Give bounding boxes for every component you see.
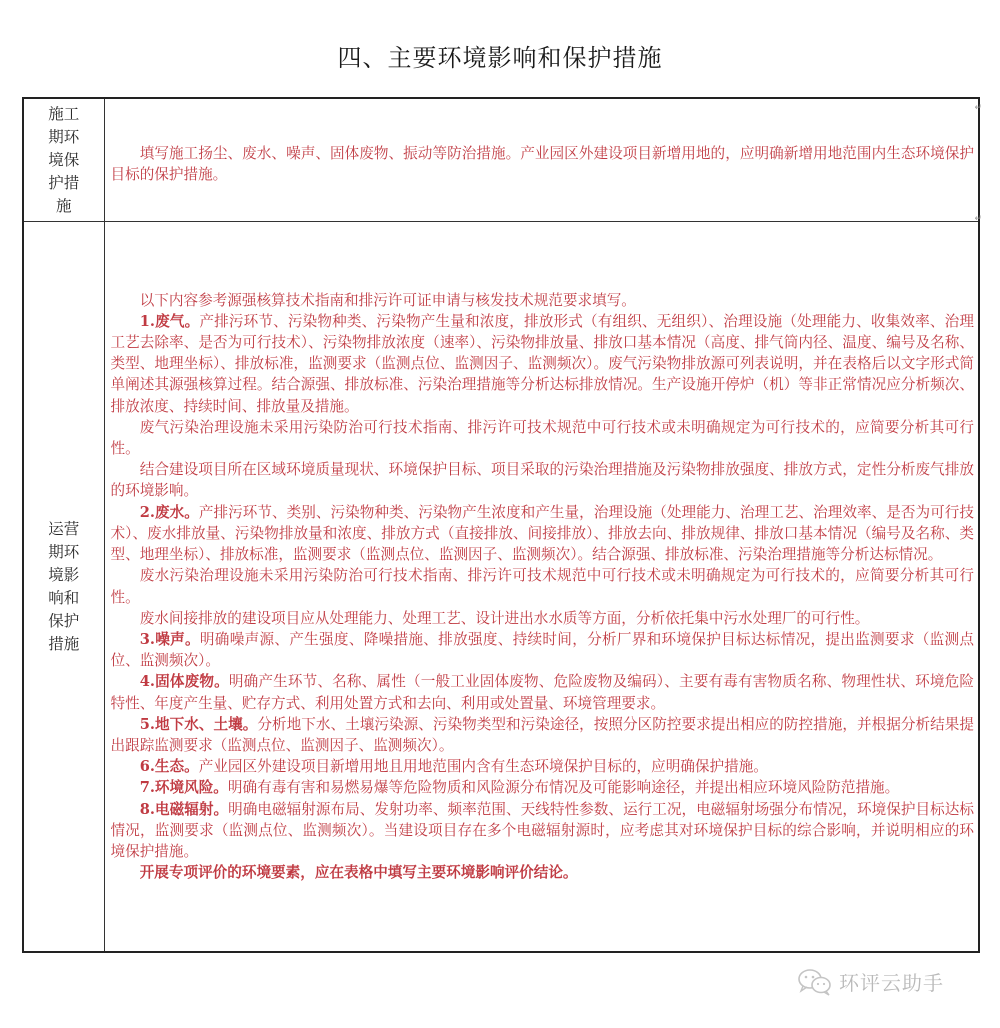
paragraph-text: 结合建设项目所在区域环境质量现状、环境保护目标、项目采取的污染治理措施及污染物排… (111, 461, 975, 499)
paragraph-electromagnetic-radiation: 8.电磁辐射。明确电磁辐射源布局、发射功率、频率范围、天线特性参数、运行工况，电… (111, 799, 975, 863)
paragraph-text: 明确产生环节、名称、属性（一般工业固体废物、危险废物及编码）、主要有毒有害物质名… (111, 673, 974, 711)
paragraph-text: 明确电磁辐射源布局、发射功率、频率范围、天线特性参数、运行工况，电磁辐射场强分布… (111, 801, 975, 860)
paragraph-text: 废气污染治理设施未采用污染防治可行技术指南、排污许可技术规范中可行技术或未明确规… (111, 419, 975, 457)
paragraph-mark-icon: ↵ (974, 214, 982, 224)
paragraph-heading: 5.地下水、土壤。 (140, 716, 258, 733)
paragraph-environmental-risk: 7.环境风险。明确有毒有害和易燃易爆等危险物质和风险源分布情况及可能影响途径，并… (111, 777, 975, 798)
paragraph: 以下内容参考源强核算技术指南和排污许可证申请与核发技术规范要求填写。 (111, 290, 975, 311)
paragraph-ecology: 6.生态。产业园区外建设项目新增用地且用地范围内含有生态环境保护目标的，应明确保… (111, 756, 975, 777)
paragraph-text: 废水间接排放的建设项目应从处理能力、处理工艺、设计进出水水质等方面，分析依托集中… (140, 610, 870, 627)
paragraph-groundwater-soil: 5.地下水、土壤。分析地下水、土壤污染源、污染物类型和污染途径，按照分区防控要求… (111, 714, 975, 756)
paragraph-text: 以下内容参考源强核算技术指南和排污许可证申请与核发技术规范要求填写。 (140, 292, 636, 309)
wechat-icon (797, 968, 833, 996)
paragraph-heading: 6.生态。 (140, 758, 199, 775)
table-row-operation: 运营期环境影响和保护措施 以下内容参考源强核算技术指南和排污许可证申请与核发技术… (23, 222, 979, 953)
paragraph-text: 产业园区外建设项目新增用地且用地范围内含有生态环境保护目标的，应明确保护措施。 (199, 758, 768, 775)
row-content-cell: 以下内容参考源强核算技术指南和排污许可证申请与核发技术规范要求填写。 1.废气。… (104, 222, 979, 953)
paragraph-noise: 3.噪声。明确噪声源、产生强度、降噪措施、排放强度、持续时间，分析厂界和环境保护… (111, 629, 975, 671)
closing-note: 开展专项评价的环境要素，应在表格中填写主要环境影响评价结论。 (111, 862, 975, 883)
paragraph: 废水污染治理设施未采用污染防治可行技术指南、排污许可技术规范中可行技术或未明确规… (111, 565, 975, 607)
paragraph-text: 产排污环节、污染物种类、污染物产生量和浓度，排放形式（有组织、无组织）、治理设施… (111, 313, 975, 415)
paragraph-text: 明确有毒有害和易燃易爆等危险物质和风险源分布情况及可能影响途径，并提出相应环境风… (228, 779, 899, 796)
paragraph-heading: 3.噪声。 (140, 631, 200, 648)
paragraph: 结合建设项目所在区域环境质量现状、环境保护目标、项目采取的污染治理措施及污染物排… (111, 459, 975, 501)
paragraph-mark-icon: ↵ (974, 103, 982, 113)
paragraph-heading: 2.废水。 (140, 504, 199, 521)
row-label: 施工期环境保护措施 (47, 103, 81, 218)
paragraph-solid-waste: 4.固体废物。明确产生环节、名称、属性（一般工业固体废物、危险废物及编码）、主要… (111, 671, 975, 713)
watermark: 环评云助手 (797, 967, 944, 996)
paragraph: 废水间接排放的建设项目应从处理能力、处理工艺、设计进出水水质等方面，分析依托集中… (111, 608, 975, 629)
row-label: 运营期环境影响和保护措施 (47, 518, 81, 656)
watermark-text: 环评云助手 (839, 967, 944, 996)
paragraph-text: 填写施工扬尘、废水、噪声、固体废物、振动等防治措施。产业园区外建设项目新增用地的… (111, 145, 975, 183)
paragraph-text: 明确噪声源、产生强度、降噪措施、排放强度、持续时间，分析厂界和环境保护目标达标情… (111, 631, 975, 669)
paragraph: 废气污染治理设施未采用污染防治可行技术指南、排污许可技术规范中可行技术或未明确规… (111, 417, 975, 459)
paragraph-waste-water: 2.废水。产排污环节、类别、污染物种类、污染物产生浓度和产生量，治理设施（处理能… (111, 502, 975, 566)
row-label-cell: 施工期环境保护措施 (23, 98, 104, 222)
paragraph-text: 产排污环节、类别、污染物种类、污染物产生浓度和产生量，治理设施（处理能力、治理工… (111, 504, 975, 563)
paragraph-heading: 7.环境风险。 (140, 779, 228, 796)
paragraph: 填写施工扬尘、废水、噪声、固体废物、振动等防治措施。产业园区外建设项目新增用地的… (111, 143, 975, 185)
page-title: 四、主要环境影响和保护措施 (0, 38, 1000, 73)
paragraph-text: 废水污染治理设施未采用污染防治可行技术指南、排污许可技术规范中可行技术或未明确规… (111, 567, 975, 605)
paragraph-heading: 8.电磁辐射。 (140, 801, 228, 818)
table-row-construction: 施工期环境保护措施 填写施工扬尘、废水、噪声、固体废物、振动等防治措施。产业园区… (23, 98, 979, 222)
environmental-measures-table: 施工期环境保护措施 填写施工扬尘、废水、噪声、固体废物、振动等防治措施。产业园区… (22, 97, 980, 953)
row-label-cell: 运营期环境影响和保护措施 (23, 222, 104, 953)
paragraph-heading: 1.废气。 (140, 313, 200, 330)
row-content-cell: 填写施工扬尘、废水、噪声、固体废物、振动等防治措施。产业园区外建设项目新增用地的… (104, 98, 979, 222)
paragraph-waste-gas: 1.废气。产排污环节、污染物种类、污染物产生量和浓度，排放形式（有组织、无组织）… (111, 311, 975, 417)
paragraph-heading: 4.固体废物。 (140, 673, 229, 690)
